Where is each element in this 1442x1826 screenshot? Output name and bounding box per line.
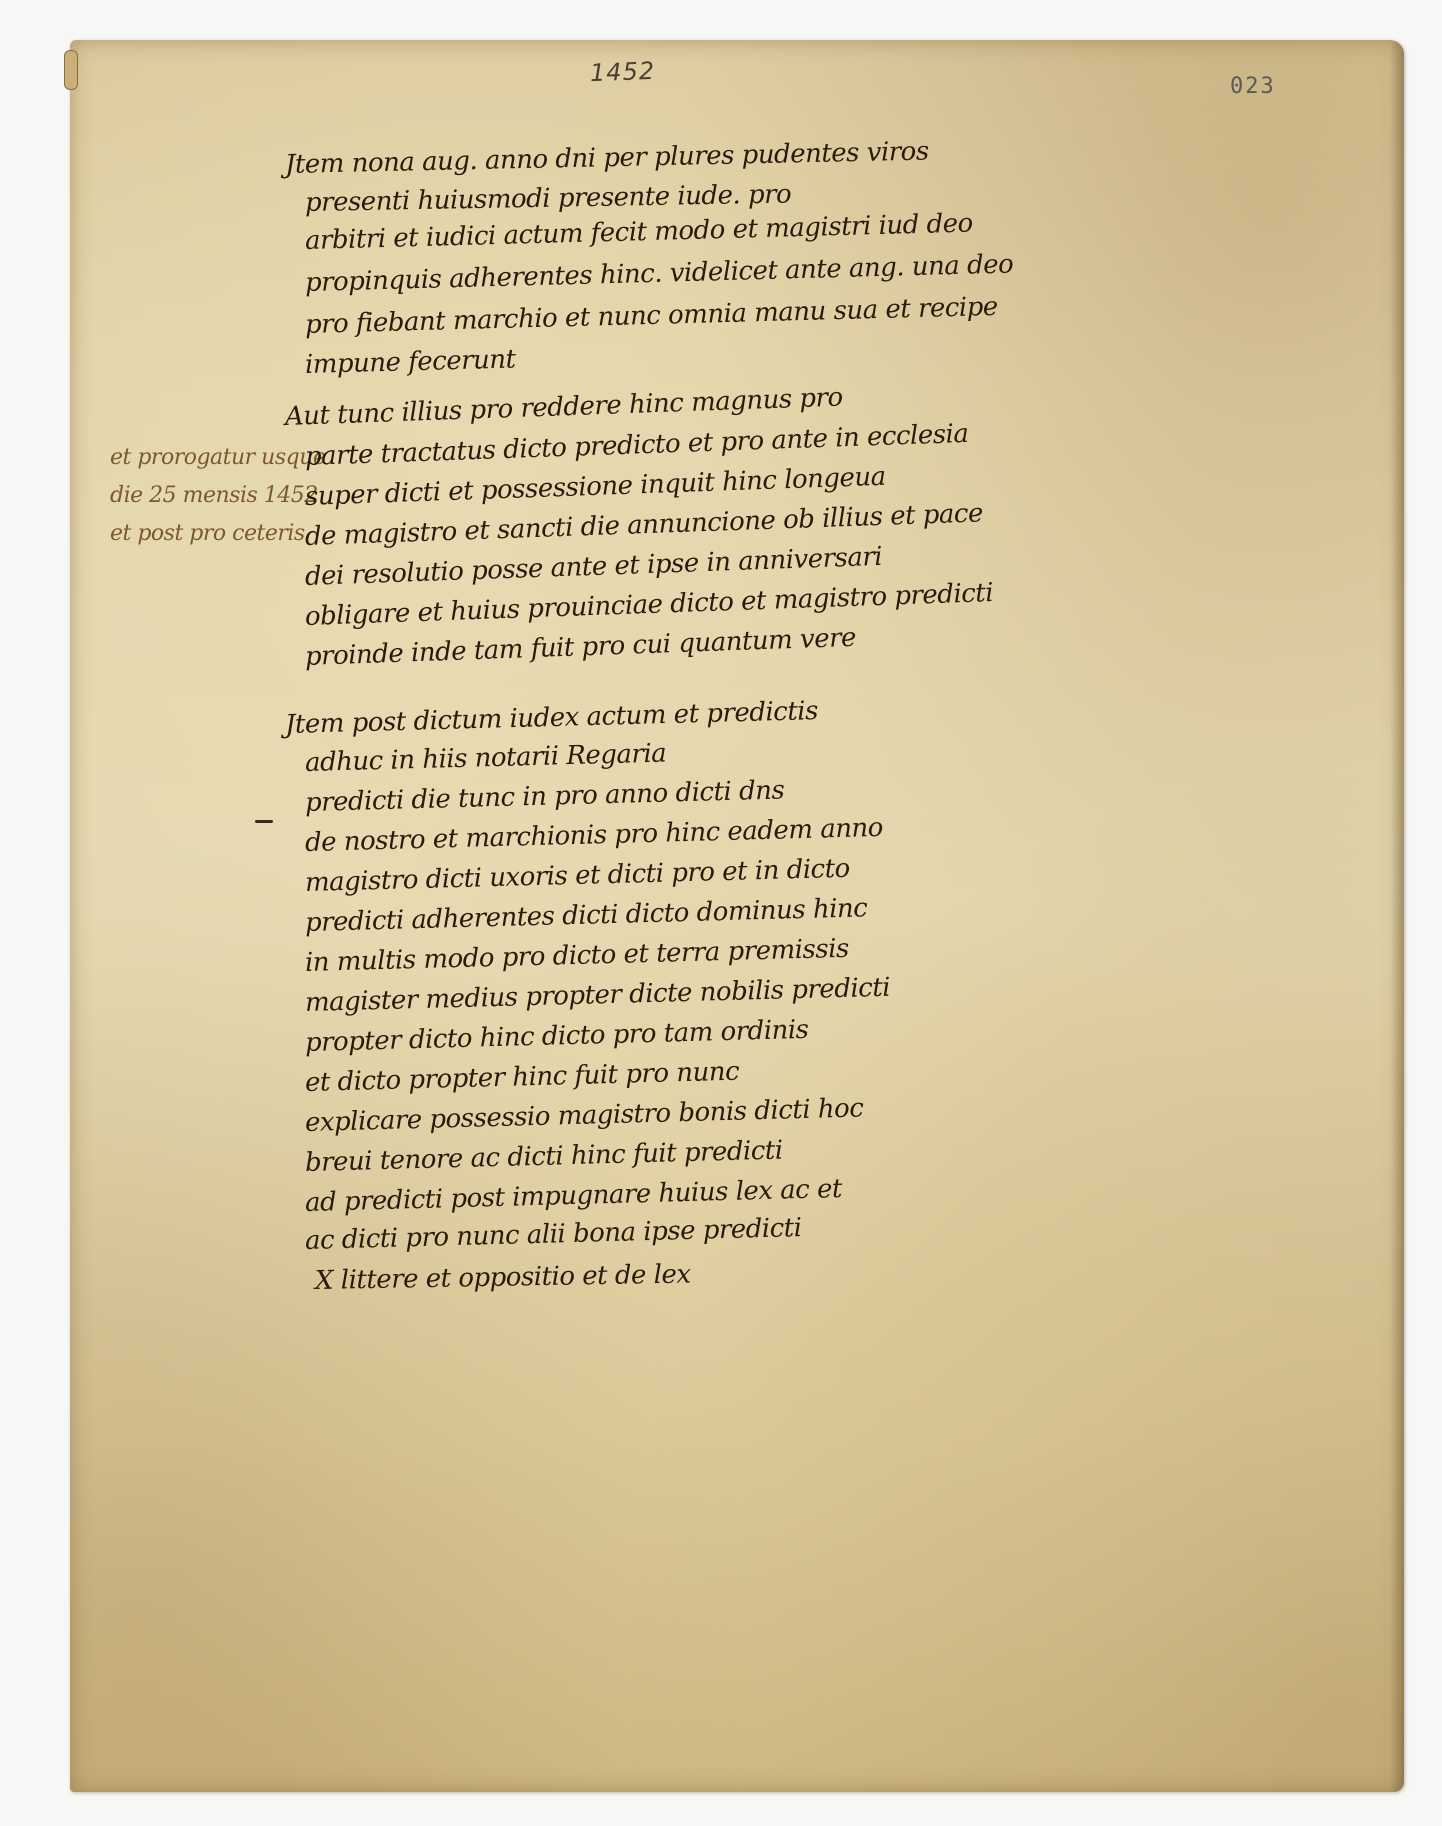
text-line: pro fiebant marchio et nunc omnia manu s… <box>305 292 998 340</box>
text-line: de nostro et marchionis pro hinc eadem a… <box>305 813 884 858</box>
text-line: propinquis adherentes hinc. videlicet an… <box>305 249 1014 298</box>
text-line: ad predicti post impugnare huius lex ac … <box>305 1174 843 1218</box>
text-line: magister medius propter dicte nobilis pr… <box>305 973 891 1018</box>
text-line: X littere et oppositio et de lex <box>315 1259 691 1296</box>
text-line: impune fecerunt <box>305 344 516 380</box>
text-line: ac dicti pro nunc alii bona ipse predict… <box>305 1213 802 1256</box>
text-line: propter dicto hinc dicto pro tam ordinis <box>305 1015 809 1058</box>
text-line: et dicto propter hinc fuit pro nunc <box>305 1057 740 1098</box>
text-line: adhuc in hiis notarii Regaria <box>305 739 667 778</box>
text-line: Jtem nona aug. anno dni per plures puden… <box>285 137 929 180</box>
text-line: in multis modo pro dicto et terra premis… <box>305 934 850 978</box>
text-line: predicti adherentes dicti dicto dominus … <box>305 893 868 938</box>
date-heading: 1452 <box>590 57 656 87</box>
text-line: predicti die tunc in pro anno dicti dns <box>305 775 785 818</box>
margin-note-line: et prorogatur usque <box>110 445 325 470</box>
text-line: Jtem post dictum iudex actum et predicti… <box>285 696 819 740</box>
text-line: presenti huiusmodi presente iude. pro <box>305 180 792 218</box>
text-line: Aut tunc illius pro reddere hinc magnus … <box>284 383 843 432</box>
text-line: proinde inde tam fuit pro cui quantum ve… <box>304 623 856 672</box>
folio-number: 023 <box>1230 74 1276 99</box>
margin-mark <box>255 820 273 823</box>
page-binding-tab <box>64 50 78 90</box>
text-line: breui tenore ac dicti hinc fuit predicti <box>305 1135 783 1177</box>
margin-note-line: et post pro ceteris <box>110 521 305 546</box>
margin-note-line: die 25 mensis 1452 <box>110 483 318 508</box>
text-line: magistro dicti uxoris et dicti pro et in… <box>305 854 851 898</box>
text-line: explicare possessio magistro bonis dicti… <box>305 1093 864 1138</box>
manuscript-page: 1452 023 et prorogatur usque die 25 mens… <box>70 40 1404 1792</box>
